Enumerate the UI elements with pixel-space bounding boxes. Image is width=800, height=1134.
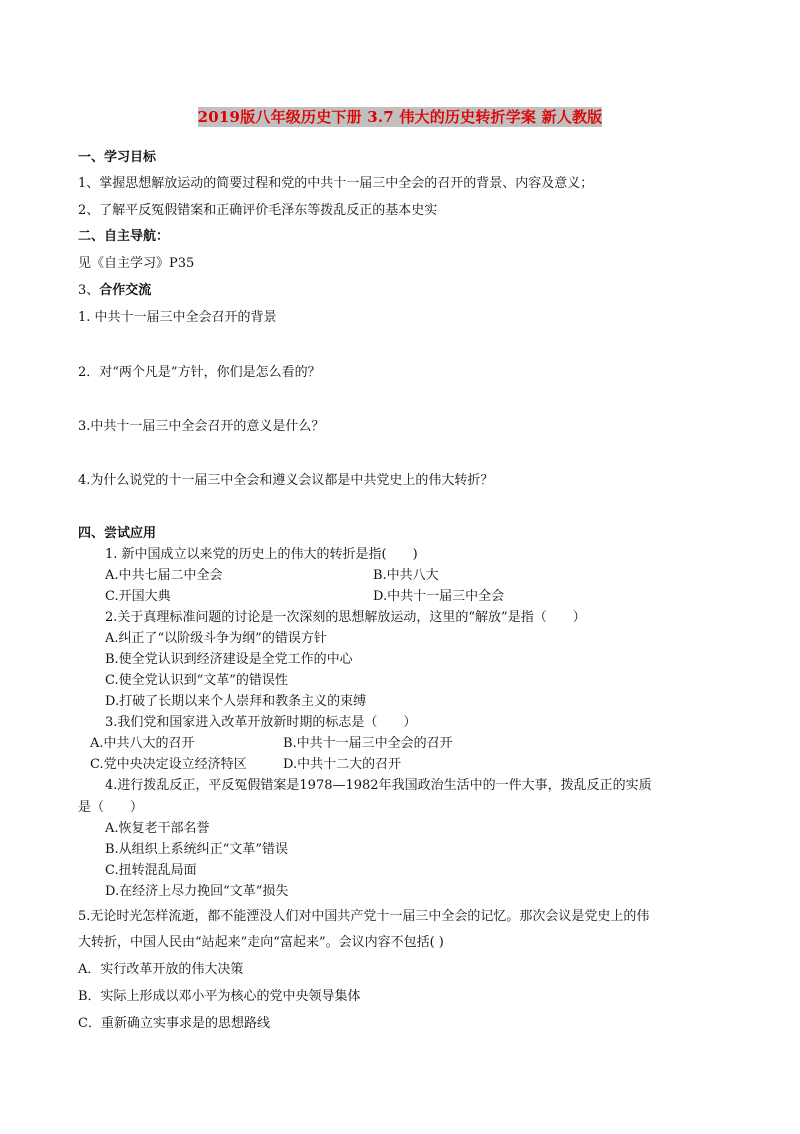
- section-heading-learning-goals: 一、学习目标: [78, 150, 156, 166]
- self-study-reference: 见《自主学习》P35: [78, 256, 194, 272]
- discussion-question-4: 4.为什么说党的十一届三中全会和遵义会议都是中共党史上的伟大转折？: [78, 473, 493, 489]
- discussion-question-2: 2．对“两个凡是”方针，你们是怎么看的？: [78, 365, 321, 381]
- q2-stem: 2.关于真理标准问题的讨论是一次深刻的思想解放运动，这里的“解放”是指（ ）: [105, 610, 586, 626]
- q4-option-b: B.从组织上系统纠正“文革”错误: [105, 842, 288, 858]
- q3-option-a: A.中共八大的召开: [90, 736, 195, 751]
- document-title-container: 2019版八年级历史下册 3.7 伟大的历史转折学案 新人教版: [0, 106, 800, 127]
- section-heading-self-navigation: 二、自主导航：: [78, 229, 169, 245]
- q5-stem-line-1: 5.无论时光怎样流逝，都不能湮没人们对中国共产党十一届三中全会的记忆。那次会议是…: [78, 909, 649, 925]
- q4-option-d: D.在经济上尽力挽回“文革”损失: [105, 884, 288, 900]
- q5-option-c: C．重新确立实事求是的思想路线: [78, 1016, 270, 1032]
- q5-option-b: B．实际上形成以邓小平为核心的党中央领导集体: [78, 989, 361, 1005]
- q2-option-d: D.打破了长期以来个人崇拜和教条主义的束缚: [105, 694, 366, 710]
- q5-stem-line-2: 大转折，中国人民由“站起来”走向“富起来”。会议内容不包括( ): [78, 935, 444, 951]
- section-heading-practice: 四、尝试应用: [78, 526, 156, 542]
- q1-option-d: D.中共十一届三中全会: [373, 589, 504, 605]
- q1-stem: 1. 新中国成立以来党的历史上的伟大的转折是指( ): [105, 547, 418, 563]
- document-title: 2019版八年级历史下册 3.7 伟大的历史转折学案 新人教版: [198, 107, 603, 127]
- q3-stem: 3.我们党和国家进入改革开放新时期的标志是（ ）: [105, 715, 416, 731]
- learning-goal-1: 1、掌握思想解放运动的简要过程和党的中共十一届三中全会的召开的背景、内容及意义；: [78, 176, 593, 192]
- document-page: 2019版八年级历史下册 3.7 伟大的历史转折学案 新人教版 一、学习目标 1…: [0, 0, 800, 1134]
- discussion-question-3: 3.中共十一届三中全会召开的意义是什么？: [78, 419, 324, 435]
- section-heading-text: 合作交流: [99, 283, 151, 298]
- q1-options-row-1: A.中共七届二中全会 B.中共八大: [105, 568, 705, 584]
- q3-option-b: B.中共十一届三中全会的召开: [283, 736, 453, 752]
- q1-option-a: A.中共七届二中全会: [105, 568, 223, 583]
- q1-option-b: B.中共八大: [373, 568, 439, 584]
- discussion-question-1: 1. 中共十一届三中全会召开的背景: [78, 310, 277, 326]
- section-heading-cooperation: 3、合作交流: [78, 283, 151, 299]
- q2-option-c: C.使全党认识到“文革”的错误性: [105, 673, 288, 689]
- q2-option-a: A.纠正了“以阶级斗争为纲”的错误方针: [105, 631, 327, 647]
- q1-option-c: C.开国大典: [105, 589, 171, 604]
- q1-options-row-2: C.开国大典 D.中共十一届三中全会: [105, 589, 705, 605]
- q3-option-c: C.党中央决定设立经济特区: [90, 757, 247, 772]
- q2-option-b: B.使全党认识到经济建设是全党工作的中心: [105, 652, 353, 668]
- q4-option-a: A.恢复老干部名誉: [105, 821, 210, 837]
- section-number: 3、: [78, 283, 99, 298]
- q3-option-d: D.中共十二大的召开: [283, 757, 401, 773]
- q5-option-a: A．实行改革开放的伟大决策: [78, 962, 243, 978]
- q4-stem-line-1: 4.进行拨乱反正，平反冤假错案是1978—1982年我国政治生活中的一件大事，拨…: [105, 778, 652, 794]
- q4-stem-line-2: 是（ ）: [78, 800, 143, 816]
- q3-options-row-2: C.党中央决定设立经济特区 D.中共十二大的召开: [90, 757, 690, 773]
- q3-options-row-1: A.中共八大的召开 B.中共十一届三中全会的召开: [90, 736, 690, 752]
- q4-option-c: C.扭转混乱局面: [105, 863, 197, 879]
- learning-goal-2: 2、了解平反冤假错案和正确评价毛泽东等拨乱反正的基本史实: [78, 203, 437, 219]
